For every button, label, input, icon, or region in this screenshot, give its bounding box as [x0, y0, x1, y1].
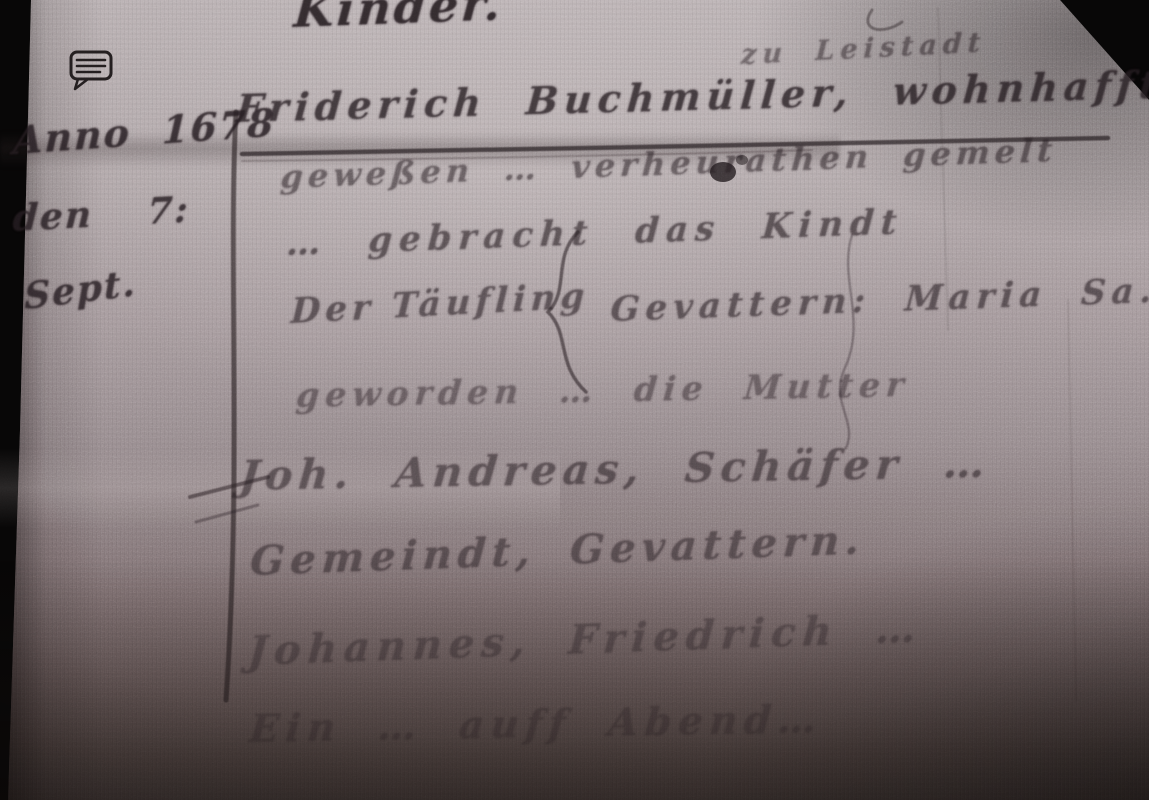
grain-overlay [0, 0, 1149, 800]
photo-frame: Anno 1678den 7:Sept.Kinder.zu LeistadtFr… [0, 0, 1149, 800]
